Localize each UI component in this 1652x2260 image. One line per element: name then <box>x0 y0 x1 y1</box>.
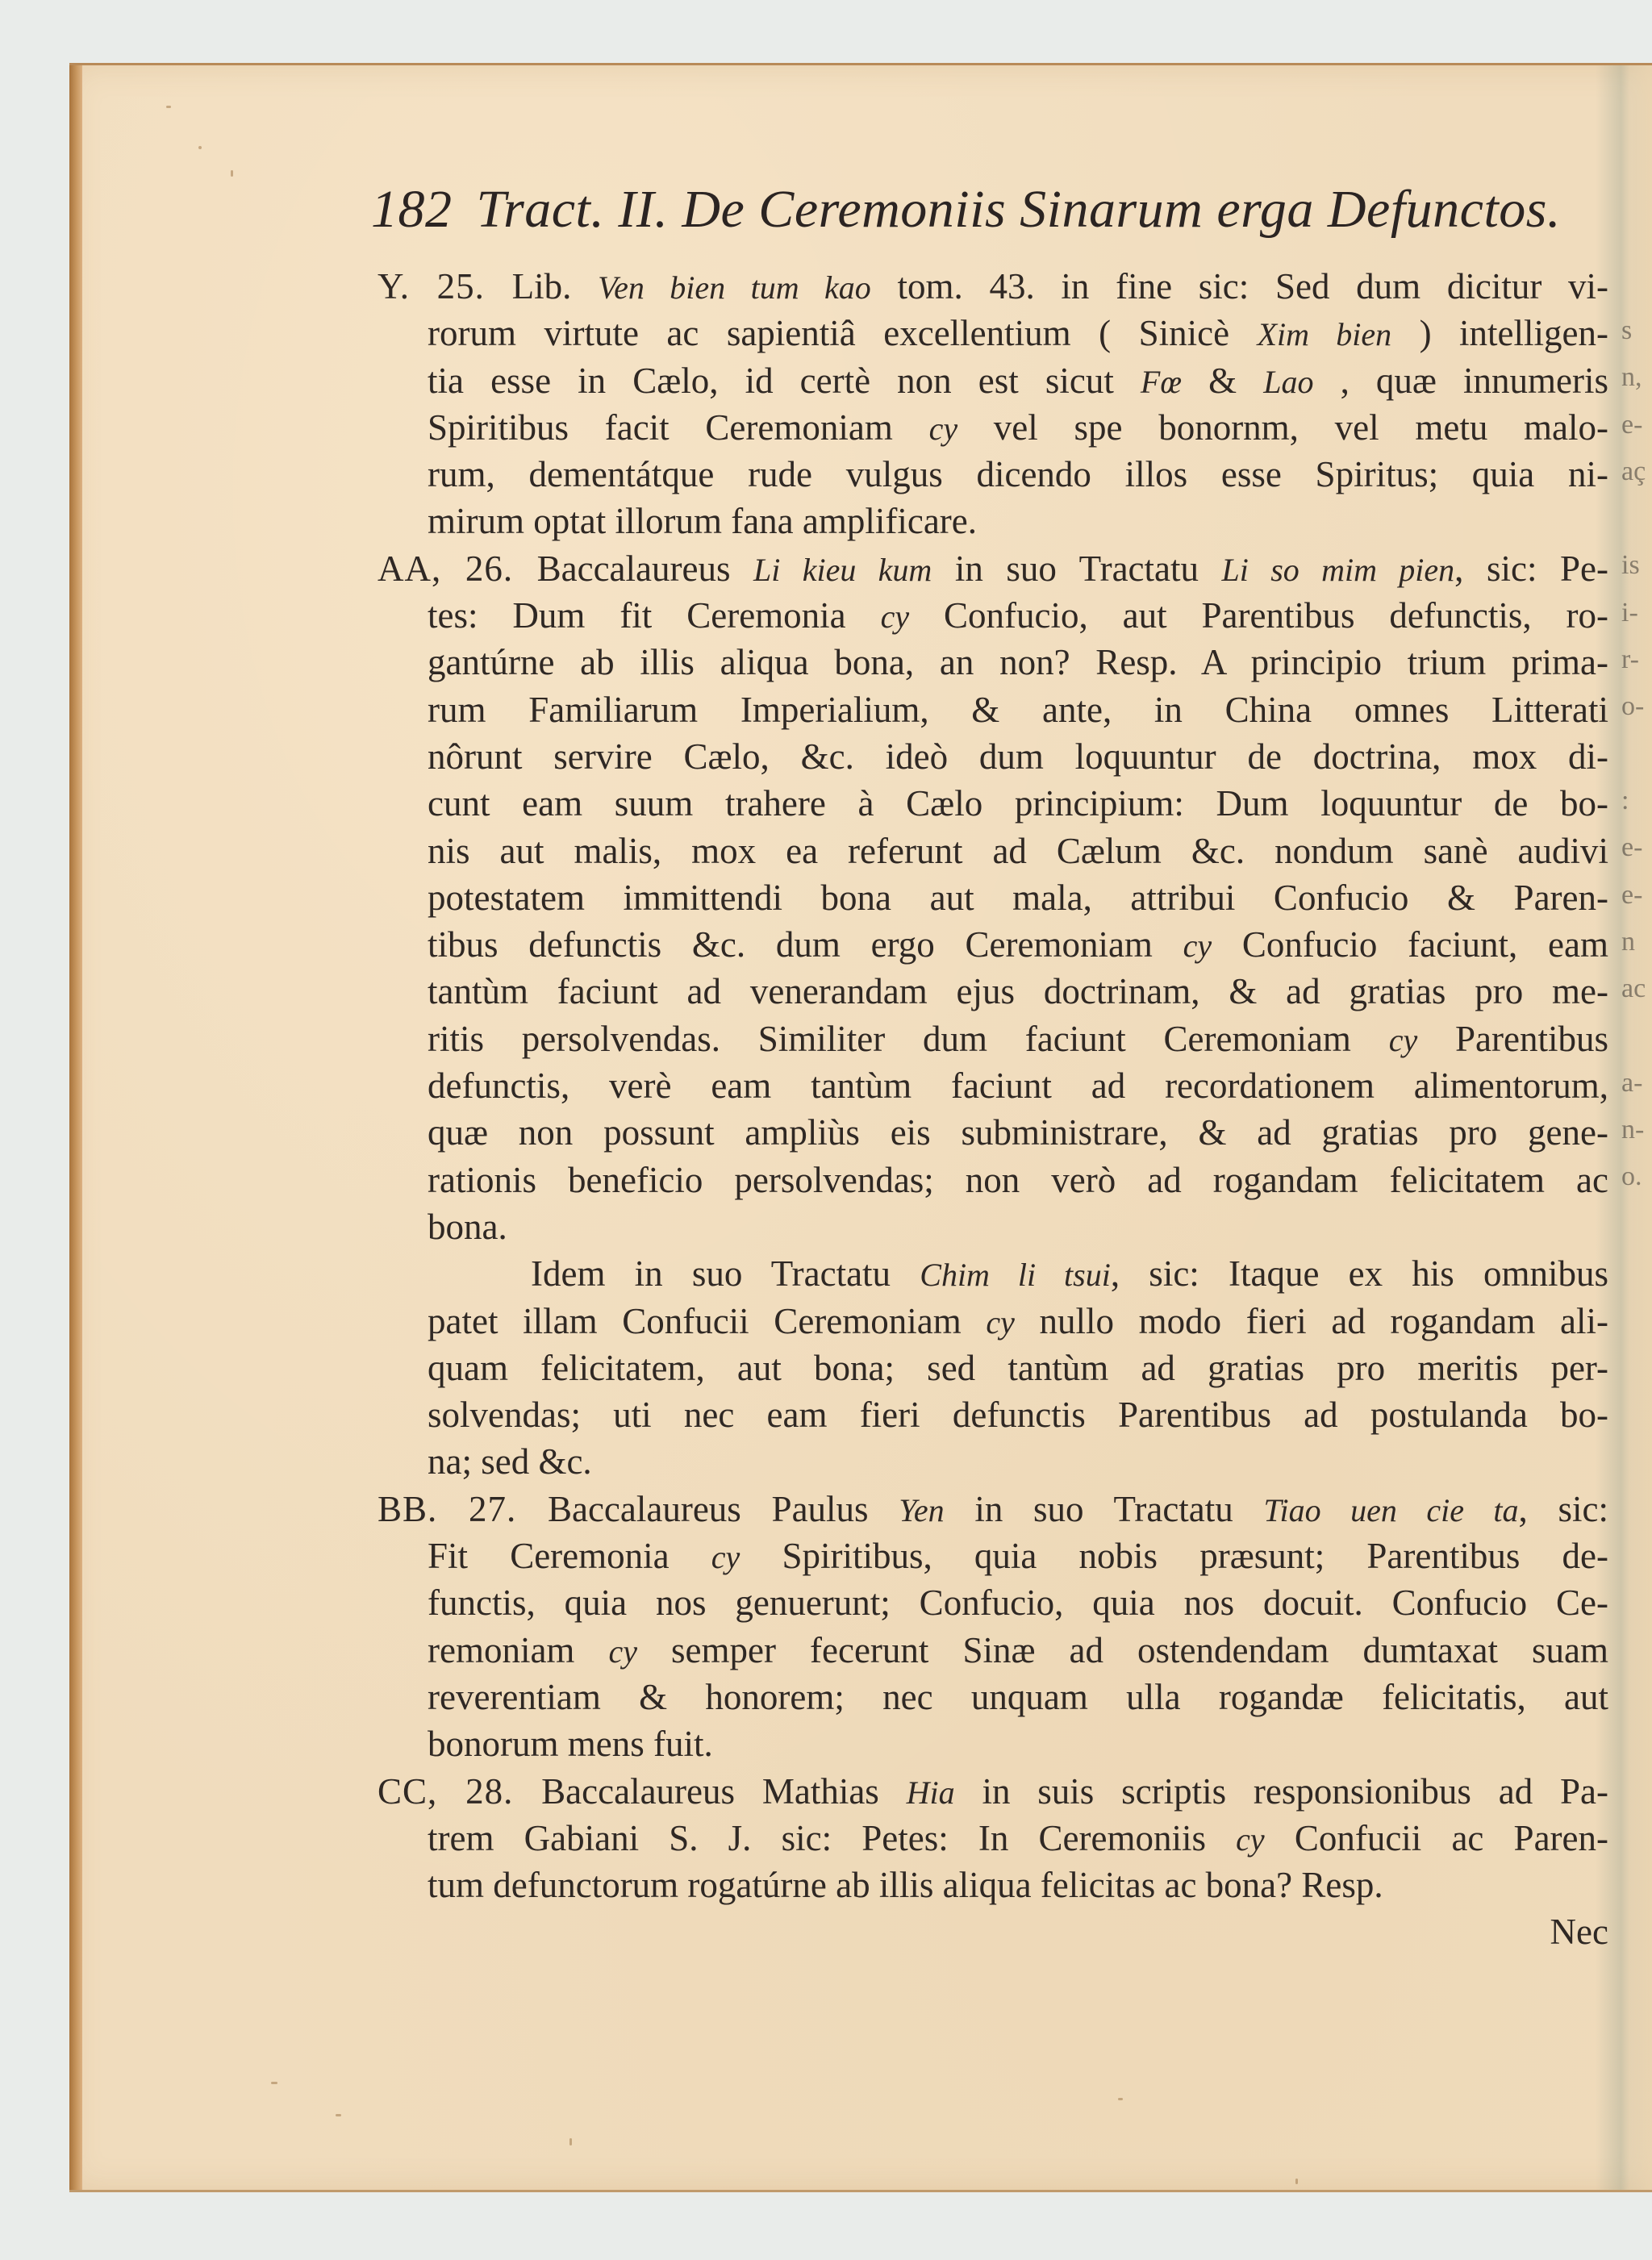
chinese-term: Xim bien <box>1258 316 1392 352</box>
text-line: tes: Dum fit Ceremonia cy Confucio, aut … <box>378 592 1608 639</box>
line-text: Lib. <box>512 266 598 306</box>
line-text: functis, quia nos genuerunt; Confucio, q… <box>428 1582 1608 1623</box>
paper-speck <box>271 2082 277 2084</box>
line-text: rorum virtute ac sapientiâ excellentium … <box>428 313 1258 353</box>
line-text: , sic: Itaque ex his omnibus <box>1111 1253 1608 1294</box>
line-text: bona. <box>428 1207 507 1247</box>
line-text: Confucio faciunt, eam <box>1212 924 1608 965</box>
text-line: AA, 26. Baccalaureus Li kieu kum in suo … <box>378 545 1608 592</box>
line-text: rum Familiarum Imperialium, & ante, in C… <box>428 690 1608 730</box>
text-line: BB. 27. Baccalaureus Paulus Yen in suo T… <box>378 1486 1608 1532</box>
line-text: tes: Dum fit Ceremonia <box>428 595 881 636</box>
line-text: solvendas; uti nec eam fieri defunctis P… <box>428 1395 1608 1435</box>
chinese-term: Li kieu kum <box>753 552 932 588</box>
section-marker: Y. <box>378 266 437 306</box>
line-text: Spiritibus facit Ceremoniam <box>428 407 929 448</box>
text-line: bona. <box>378 1203 1608 1250</box>
text-line: tibus defunctis &c. dum ergo Ceremoniam … <box>378 921 1608 968</box>
chinese-term: cy <box>986 1304 1015 1341</box>
line-text: tia esse in Cælo, id certè non est sicut <box>428 361 1141 401</box>
chinese-term: Lao <box>1263 364 1313 400</box>
text-line: quam felicitatem, aut bona; sed tantùm a… <box>378 1345 1608 1391</box>
chinese-term: Yen <box>899 1492 944 1528</box>
chinese-term: cy <box>608 1633 637 1670</box>
paper-speck <box>336 2114 341 2116</box>
catchword: Nec <box>378 1908 1608 1955</box>
running-head: 182Tract. II. De Ceremoniis Sinarum erga… <box>371 179 1629 240</box>
text-line: nis aut malis, mox ea referunt ad Cælum … <box>378 828 1608 874</box>
text-line: Fit Ceremonia cy Spiritibus, quia nobis … <box>378 1532 1608 1579</box>
text-line: nôrunt servire Cælo, &c. ideò dum loquun… <box>378 733 1608 780</box>
chinese-term: Li so mim pien <box>1222 552 1455 588</box>
line-text: in suis scriptis responsionibus ad Pa- <box>955 1771 1608 1812</box>
section-number: 25. <box>437 266 512 306</box>
line-text: Confucio, aut Parentibus defunctis, ro- <box>909 595 1608 636</box>
line-text: mirum optat illorum fana amplificare. <box>428 501 977 541</box>
line-text: tom. 43. in fine sic: Sed dum dicitur vi… <box>871 266 1608 306</box>
chinese-term: cy <box>1236 1821 1265 1858</box>
text-line: bonorum mens fuit. <box>378 1720 1608 1767</box>
line-text: nullo modo fieri ad rogandam ali- <box>1015 1301 1608 1341</box>
paper-speck <box>1118 2098 1123 2100</box>
running-head-title: Tract. II. De Ceremoniis Sinarum erga De… <box>477 180 1561 239</box>
line-text: semper fecerunt Sinæ ad ostendendam dumt… <box>637 1630 1608 1670</box>
line-text: Baccalaureus Paulus <box>548 1489 899 1529</box>
line-text: remoniam <box>428 1630 608 1670</box>
line-text: defunctis, verè eam tantùm faciunt ad re… <box>428 1065 1608 1106</box>
line-text: vel spe bonornm, vel metu malo- <box>957 407 1608 448</box>
text-line: na; sed &c. <box>378 1438 1608 1485</box>
line-text: , sic: <box>1519 1489 1608 1529</box>
page-edge <box>69 65 82 2190</box>
chinese-term: cy <box>1389 1022 1418 1058</box>
line-text: nôrunt servire Cælo, &c. ideò dum loquun… <box>428 736 1608 777</box>
paper-speck <box>231 170 233 177</box>
text-line: gantúrne ab illis aliqua bona, an non? R… <box>378 639 1608 686</box>
text-line: rum, dementátque rude vulgus dicendo ill… <box>378 451 1608 498</box>
chinese-term: cy <box>711 1539 740 1575</box>
line-text: Parentibus <box>1417 1019 1608 1059</box>
text-line: functis, quia nos genuerunt; Confucio, q… <box>378 1579 1608 1626</box>
line-text: rum, dementátque rude vulgus dicendo ill… <box>428 454 1608 494</box>
line-text: nis aut malis, mox ea referunt ad Cælum … <box>428 831 1608 871</box>
bleed-through-text: s n, e- aç is i- r- o- : e- e- n ac a- n… <box>1621 307 1646 2041</box>
chinese-term: Ven bien tum kao <box>598 269 871 306</box>
line-text: ) intelligen- <box>1391 313 1608 353</box>
chinese-term: Tiao uen cie ta <box>1264 1492 1519 1528</box>
line-text: Idem in suo Tractatu <box>531 1253 920 1294</box>
line-text: bonorum mens fuit. <box>428 1724 713 1764</box>
line-text: & <box>1182 361 1263 401</box>
text-line: Y. 25. Lib. Ven bien tum kao tom. 43. in… <box>378 263 1608 310</box>
text-line: tia esse in Cælo, id certè non est sicut… <box>378 357 1608 404</box>
text-line: cunt eam suum trahere à Cælo principium:… <box>378 780 1608 827</box>
line-text: cunt eam suum trahere à Cælo principium:… <box>428 783 1608 824</box>
text-line: rum Familiarum Imperialium, & ante, in C… <box>378 686 1608 733</box>
chinese-term: cy <box>929 411 958 447</box>
paper-speck <box>198 146 202 149</box>
line-text: tibus defunctis &c. dum ergo Ceremoniam <box>428 924 1183 965</box>
line-text: trem Gabiani S. J. sic: Petes: In Ceremo… <box>428 1818 1236 1858</box>
line-text: reverentiam & honorem; nec unquam ulla r… <box>428 1677 1608 1717</box>
line-text: Baccalaureus Mathias <box>541 1771 906 1812</box>
chinese-term: cy <box>1183 928 1212 964</box>
line-text: quam felicitatem, aut bona; sed tantùm a… <box>428 1348 1608 1388</box>
chinese-term: cy <box>881 598 910 635</box>
section-marker: BB. <box>378 1489 469 1529</box>
line-text: Confucii ac Paren- <box>1265 1818 1608 1858</box>
line-text: na; sed &c. <box>428 1441 592 1482</box>
text-line: rationis beneficio persolvendas; non ver… <box>378 1157 1608 1203</box>
line-text: quæ non possunt ampliùs eis subministrar… <box>428 1112 1608 1153</box>
section-number: 28. <box>465 1771 541 1812</box>
text-line: Spiritibus facit Ceremoniam cy vel spe b… <box>378 404 1608 451</box>
text-line: reverentiam & honorem; nec unquam ulla r… <box>378 1674 1608 1720</box>
text-line: Idem in suo Tractatu Chim li tsui, sic: … <box>378 1250 1608 1297</box>
text-line: patet illam Confucii Ceremoniam cy nullo… <box>378 1298 1608 1345</box>
text-line: mirum optat illorum fana amplificare. <box>378 498 1608 544</box>
line-text: patet illam Confucii Ceremoniam <box>428 1301 986 1341</box>
chinese-term: Hia <box>907 1774 955 1811</box>
line-text: in suo Tractatu <box>932 548 1221 589</box>
line-text: Baccalaureus <box>537 548 753 589</box>
line-text: tum defunctorum rogatúrne ab illis aliqu… <box>428 1865 1383 1905</box>
text-line: trem Gabiani S. J. sic: Petes: In Ceremo… <box>378 1815 1608 1862</box>
paper-speck <box>166 106 171 108</box>
line-text: ritis persolvendas. Similiter dum faciun… <box>428 1019 1389 1059</box>
text-line: CC, 28. Baccalaureus Mathias Hia in suis… <box>378 1768 1608 1815</box>
line-text: , sic: Pe- <box>1454 548 1608 589</box>
text-line: defunctis, verè eam tantùm faciunt ad re… <box>378 1062 1608 1109</box>
line-text: tantùm faciunt ad venerandam ejus doctri… <box>428 971 1608 1011</box>
body-text: Y. 25. Lib. Ven bien tum kao tom. 43. in… <box>378 263 1608 1956</box>
paper-speck <box>569 2138 572 2145</box>
line-text: Spiritibus, quia nobis præsunt; Parentib… <box>740 1536 1608 1576</box>
text-line: solvendas; uti nec eam fieri defunctis P… <box>378 1391 1608 1438</box>
text-line: potestatem immittendi bona aut mala, att… <box>378 874 1608 921</box>
paper-speck <box>1295 2179 1298 2184</box>
text-line: quæ non possunt ampliùs eis subministrar… <box>378 1109 1608 1156</box>
section-marker: AA, <box>378 548 465 589</box>
line-text: , quæ innumeris <box>1313 361 1608 401</box>
chinese-term: Fœ <box>1141 364 1182 400</box>
text-line: tum defunctorum rogatúrne ab illis aliqu… <box>378 1862 1608 1908</box>
line-text: potestatem immittendi bona aut mala, att… <box>428 878 1608 918</box>
line-text: gantúrne ab illis aliqua bona, an non? R… <box>428 642 1608 682</box>
text-line: remoniam cy semper fecerunt Sinæ ad oste… <box>378 1627 1608 1674</box>
text-line: tantùm faciunt ad venerandam ejus doctri… <box>378 968 1608 1015</box>
line-text: Fit Ceremonia <box>428 1536 711 1576</box>
chinese-term: Chim li tsui <box>920 1257 1111 1293</box>
line-text: in suo Tractatu <box>945 1489 1264 1529</box>
section-number: 27. <box>469 1489 548 1529</box>
text-line: rorum virtute ac sapientiâ excellentium … <box>378 310 1608 357</box>
section-number: 26. <box>465 548 537 589</box>
text-line: ritis persolvendas. Similiter dum faciun… <box>378 1015 1608 1062</box>
page-number: 182 <box>371 180 453 239</box>
line-text: rationis beneficio persolvendas; non ver… <box>428 1160 1608 1200</box>
section-marker: CC, <box>378 1771 465 1812</box>
